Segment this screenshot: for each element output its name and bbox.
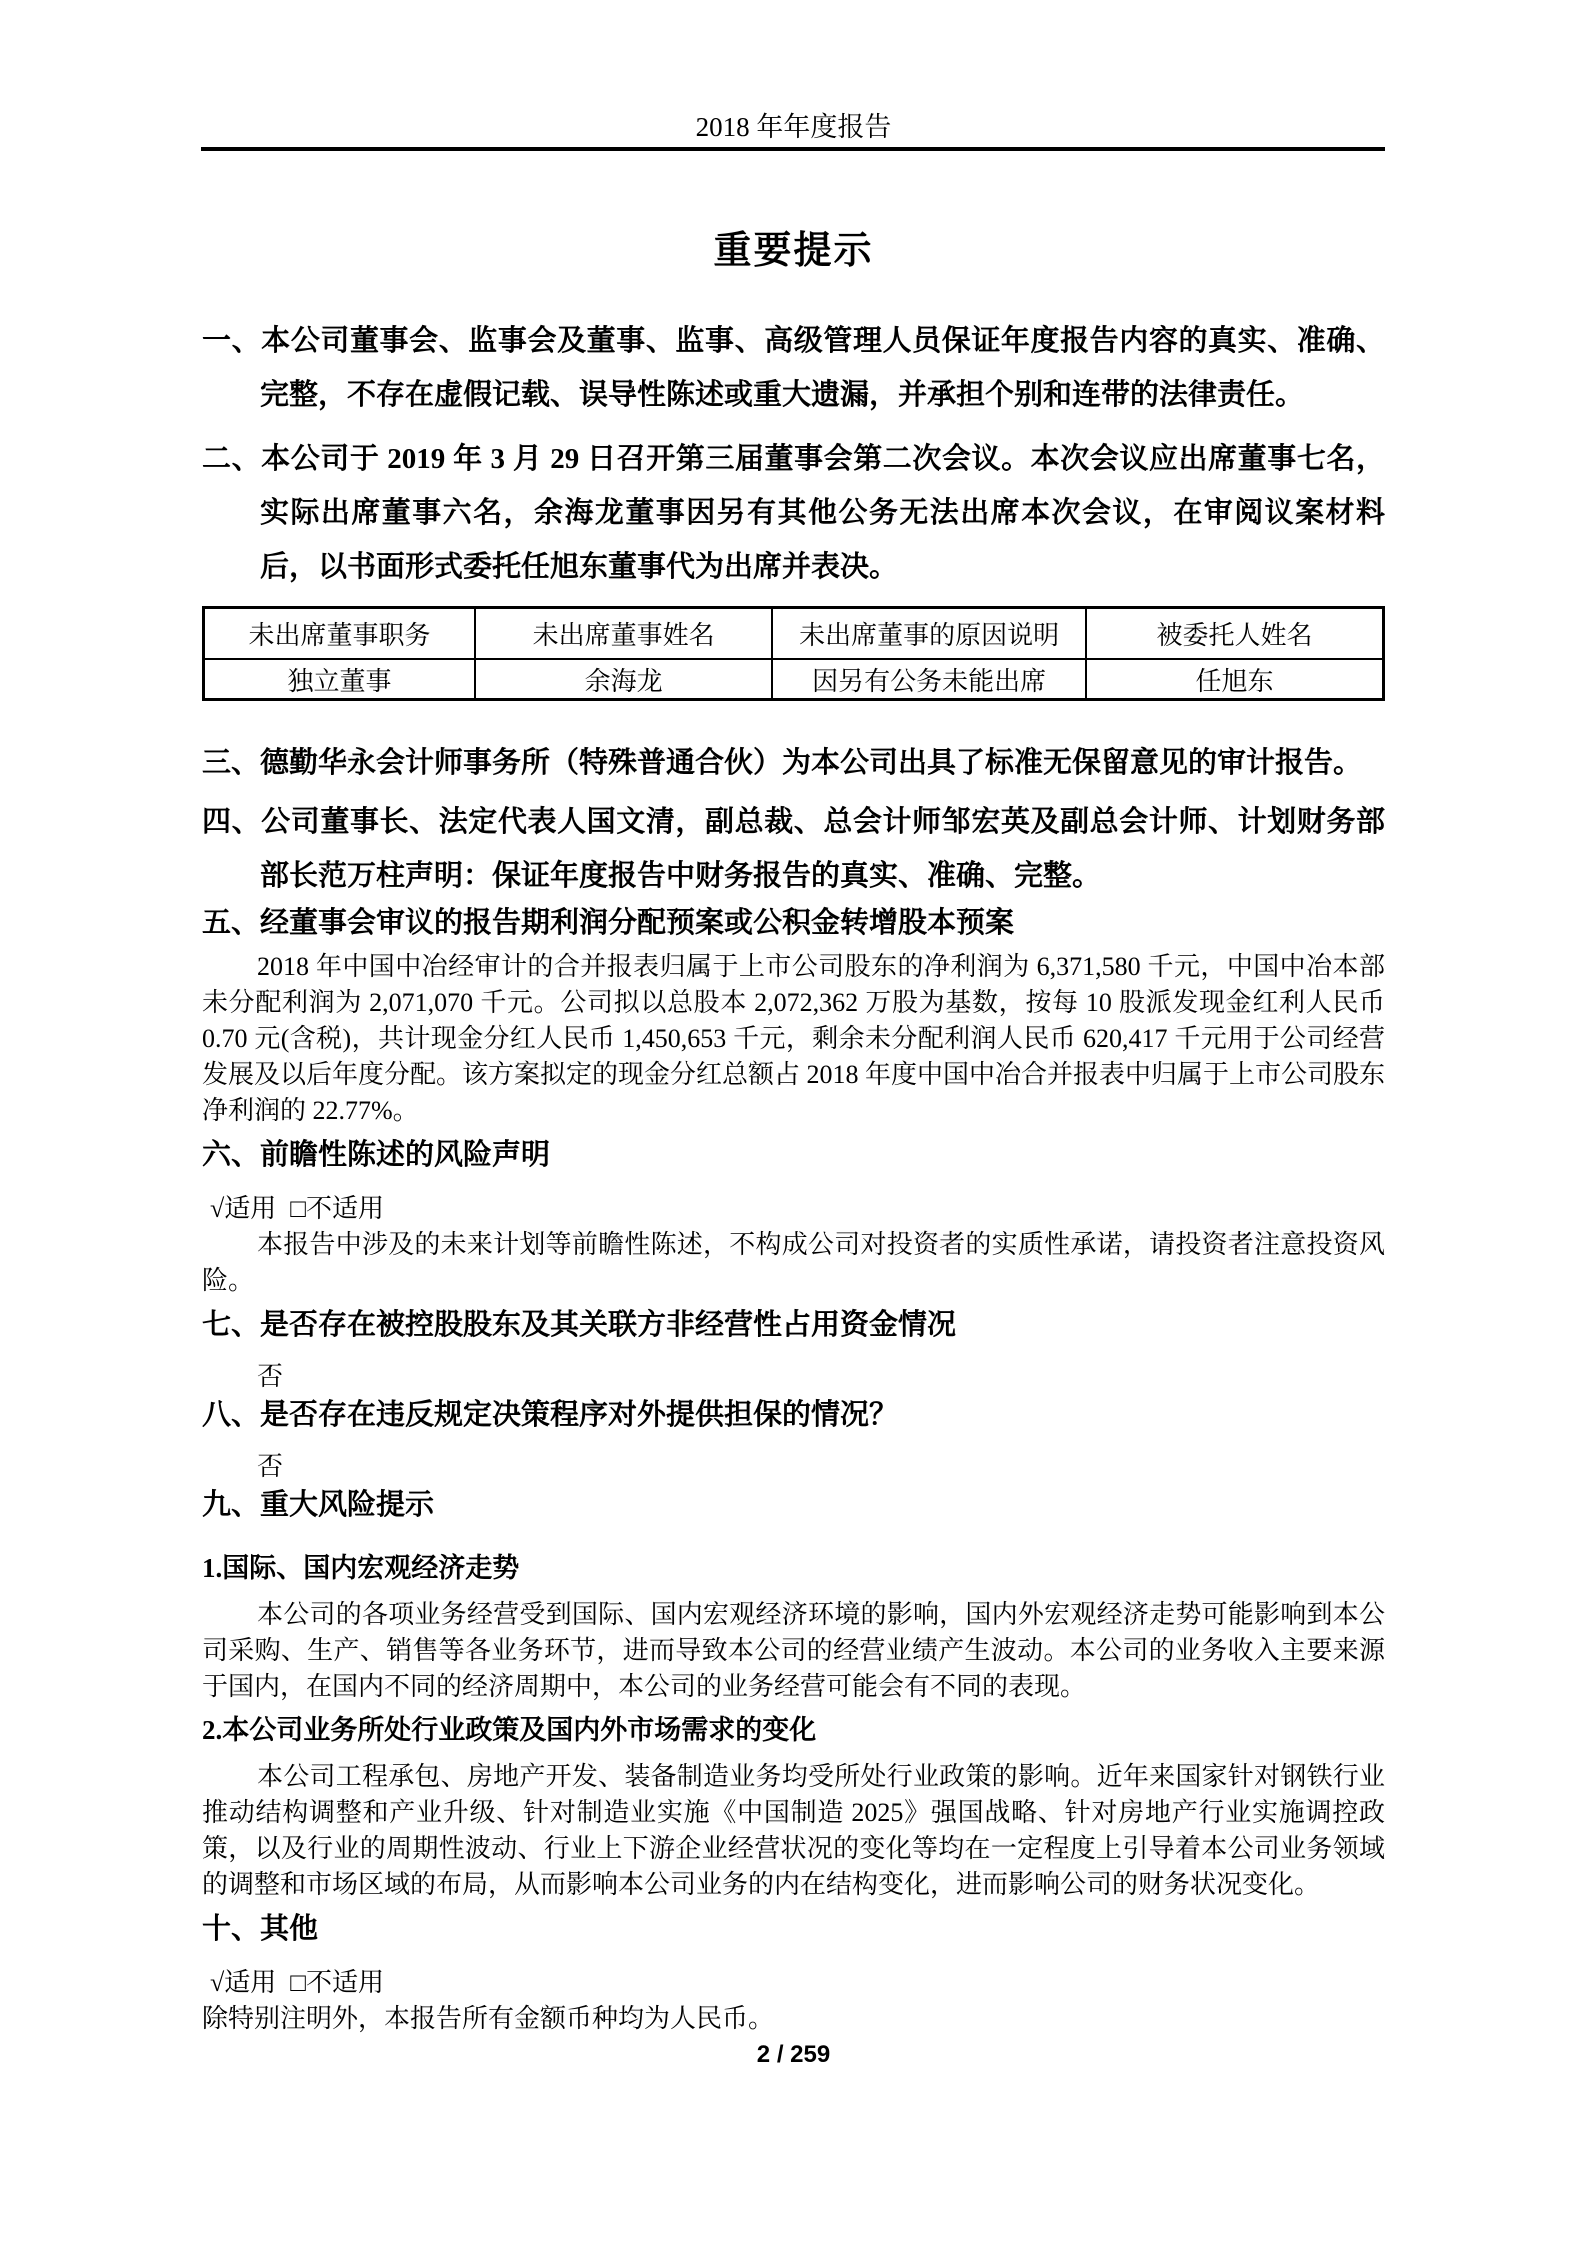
risk-subsection-1-paragraph: 本公司的各项业务经营受到国际、国内宏观经济环境的影响，国内外宏观经济走势可能影响… (202, 1597, 1385, 1705)
applicability-line: √适用□不适用 (202, 1965, 1385, 2001)
table-header-cell: 被委托人姓名 (1086, 608, 1383, 660)
table-cell: 任旭东 (1086, 659, 1383, 700)
applicable-label: 适用 (224, 1968, 276, 1997)
table-cell: 因另有公务未能出席 (772, 659, 1086, 700)
risk-subsection-1-heading: 1.国际、国内宏观经济走势 (202, 1549, 1385, 1587)
section-nine-heading: 九、重大风险提示 (202, 1485, 1385, 1525)
table-header-cell: 未出席董事职务 (204, 608, 475, 660)
report-page: 2018 年年度报告 重要提示 一、本公司董事会、监事会及董事、监事、高级管理人… (0, 0, 1587, 2245)
section-five-heading: 五、经董事会审议的报告期利润分配预案或公积金转增股本预案 (202, 903, 1385, 943)
not-applicable-label: 不适用 (306, 1968, 384, 1997)
empty-checkbox-icon: □ (290, 1968, 306, 1997)
table-cell: 独立董事 (204, 659, 475, 700)
page-number: 2 / 259 (202, 2041, 1385, 2069)
risk-subsection-2-paragraph: 本公司工程承包、房地产开发、装备制造业务均受所处行业政策的影响。近年来国家针对钢… (202, 1759, 1385, 1903)
section-six-paragraph: 本报告中涉及的未来计划等前瞻性陈述，不构成公司对投资者的实质性承诺，请投资者注意… (202, 1227, 1385, 1299)
table-row: 独立董事 余海龙 因另有公务未能出席 任旭东 (204, 659, 1384, 700)
page-header-title: 2018 年年度报告 (202, 112, 1385, 142)
empty-checkbox-icon: □ (290, 1194, 306, 1223)
table-header-cell: 未出席董事姓名 (475, 608, 772, 660)
section-five-paragraph: 2018 年中国中冶经审计的合并报表归属于上市公司股东的净利润为 6,371,5… (202, 949, 1385, 1129)
section-two: 二、本公司于 2019 年 3 月 29 日召开第三届董事会第二次会议。本次会议… (202, 432, 1385, 594)
table-header-cell: 未出席董事的原因说明 (772, 608, 1086, 660)
section-eight-answer: 否 (202, 1449, 1385, 1485)
section-six-heading: 六、前瞻性陈述的风险声明 (202, 1135, 1385, 1175)
absent-directors-table: 未出席董事职务 未出席董事姓名 未出席董事的原因说明 被委托人姓名 独立董事 余… (202, 606, 1385, 701)
check-icon: √ (210, 1968, 224, 1997)
risk-subsection-2-heading: 2.本公司业务所处行业政策及国内外市场需求的变化 (202, 1711, 1385, 1749)
section-seven-heading: 七、是否存在被控股股东及其关联方非经营性占用资金情况 (202, 1305, 1385, 1345)
page-content: 重要提示 一、本公司董事会、监事会及董事、监事、高级管理人员保证年度报告内容的真… (202, 230, 1385, 2069)
table-header-row: 未出席董事职务 未出席董事姓名 未出席董事的原因说明 被委托人姓名 (204, 608, 1384, 660)
section-four: 四、公司董事长、法定代表人国文清，副总裁、总会计师邹宏英及副总会计师、计划财务部… (202, 795, 1385, 903)
page-title: 重要提示 (202, 230, 1385, 272)
section-seven-answer: 否 (202, 1359, 1385, 1395)
table-cell: 余海龙 (475, 659, 772, 700)
header-divider (201, 147, 1385, 151)
section-ten-heading: 十、其他 (202, 1909, 1385, 1949)
section-eight-heading: 八、是否存在违反规定决策程序对外提供担保的情况？ (202, 1395, 1385, 1435)
not-applicable-label: 不适用 (306, 1194, 384, 1223)
applicable-label: 适用 (224, 1194, 276, 1223)
applicability-line: √适用□不适用 (202, 1191, 1385, 1227)
section-one: 一、本公司董事会、监事会及董事、监事、高级管理人员保证年度报告内容的真实、准确、… (202, 314, 1385, 422)
check-icon: √ (210, 1194, 224, 1223)
section-ten-note: 除特别注明外，本报告所有金额币种均为人民币。 (202, 2001, 1385, 2037)
section-three: 三、德勤华永会计师事务所（特殊普通合伙）为本公司出具了标准无保留意见的审计报告。 (202, 743, 1385, 783)
